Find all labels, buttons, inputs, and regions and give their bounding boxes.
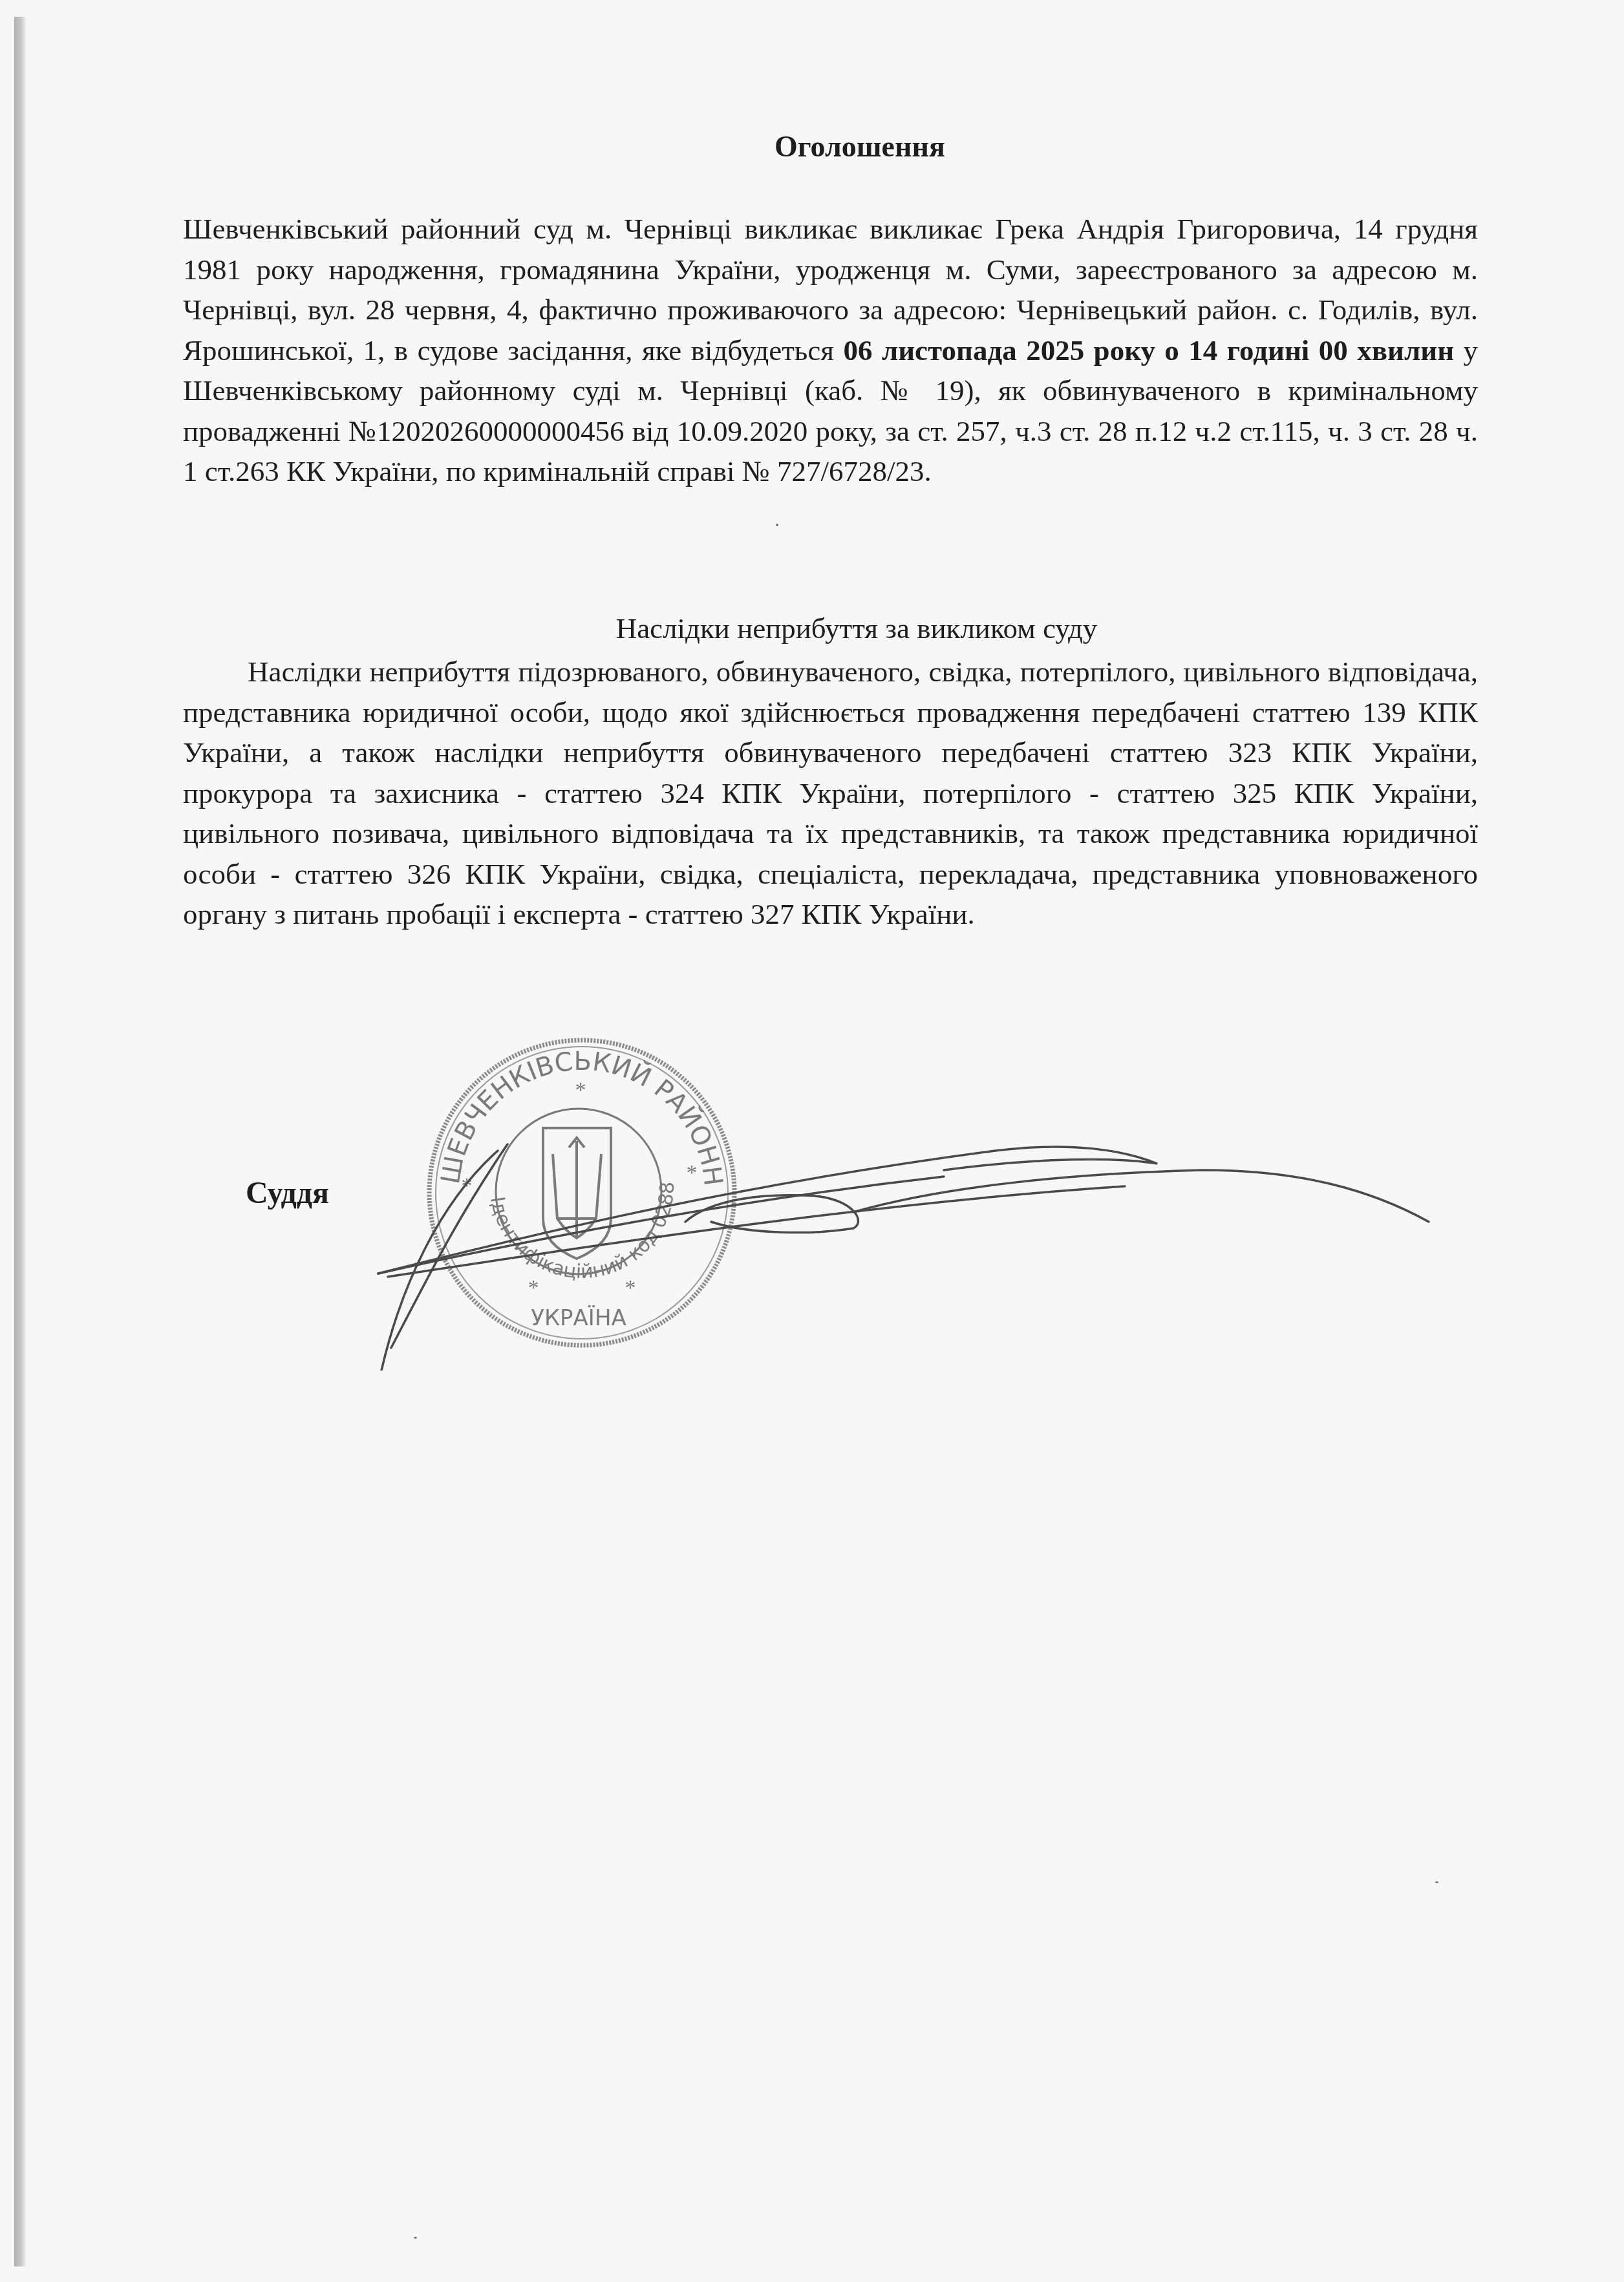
consequences-heading: Наслідки неприбуття за викликом суду xyxy=(0,612,1624,645)
scan-speck xyxy=(414,2237,417,2239)
judge-signature-icon xyxy=(362,1073,1461,1370)
hearing-datetime: 06 листопада 2025 року о 14 годині 00 хв… xyxy=(843,334,1454,367)
consequences-paragraph: Наслідки неприбуття підозрюваного, обвин… xyxy=(183,652,1478,935)
judge-label: Суддя xyxy=(246,1175,329,1211)
document-page: Оголошення Шевченківський районний суд м… xyxy=(0,0,1624,2282)
document-title: Оголошення xyxy=(0,129,1624,164)
scan-speck xyxy=(1435,1881,1438,1883)
scan-edge-shadow xyxy=(14,17,26,2266)
summons-paragraph: Шевченківський районний суд м. Чернівці … xyxy=(183,209,1478,492)
scan-speck xyxy=(776,524,778,526)
